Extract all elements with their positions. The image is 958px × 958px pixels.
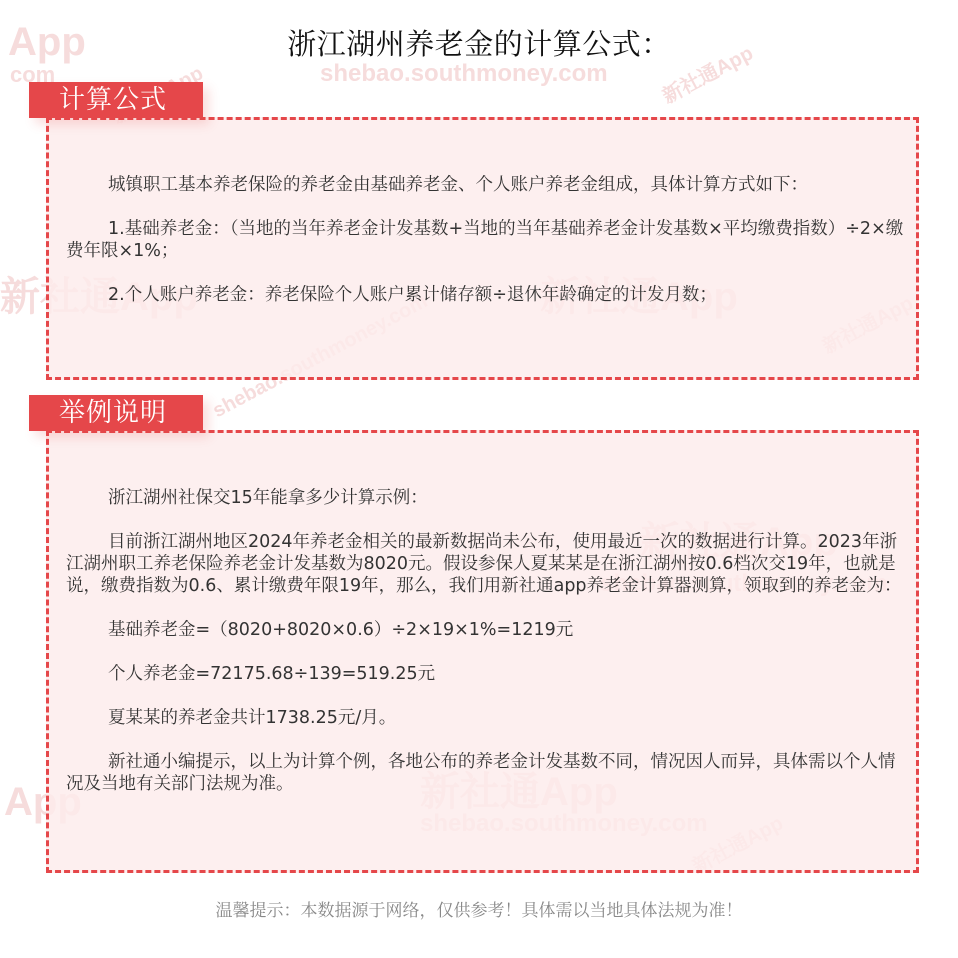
formula-personal-pension: 2.个人账户养老金：养老保险个人账户累计储存额÷退休年龄确定的计发月数；: [66, 284, 906, 306]
example-heading: 浙江湖州社保交15年能拿多少计算示例：: [66, 487, 906, 509]
example-personal-pension: 个人养老金=72175.68÷139=519.25元: [66, 663, 906, 685]
example-note: 新社通小编提示，以上为计算个例，各地公布的养老金计发基数不同，情况因人而异，具体…: [66, 751, 906, 795]
example-description: 目前浙江湖州地区2024年养老金相关的最新数据尚未公布，使用最近一次的数据进行计…: [66, 531, 906, 597]
formula-content: 城镇职工基本养老保险的养老金由基础养老金、个人账户养老金组成，具体计算方式如下：…: [66, 174, 906, 306]
watermark-domain: shebao.southmoney.com: [320, 60, 608, 88]
example-total: 夏某某的养老金共计1738.25元/月。: [66, 707, 906, 729]
footer-disclaimer: 温馨提示：本数据源于网络，仅供参考！具体需以当地具体法规为准！: [0, 896, 958, 921]
example-basic-pension: 基础养老金=（8020+8020×0.6）÷2×19×1%=1219元: [66, 619, 906, 641]
formula-intro: 城镇职工基本养老保险的养老金由基础养老金、个人账户养老金组成，具体计算方式如下：: [66, 174, 906, 196]
formula-basic-pension: 1.基础养老金：（当地的当年养老金计发基数+当地的当年基础养老金计发基数×平均缴…: [66, 218, 906, 262]
page-title: 浙江湖州养老金的计算公式：: [0, 22, 958, 63]
example-content: 浙江湖州社保交15年能拿多少计算示例： 目前浙江湖州地区2024年养老金相关的最…: [66, 487, 906, 795]
section-tab-example: 举例说明: [29, 395, 203, 431]
section-tab-formula: 计算公式: [29, 82, 203, 118]
